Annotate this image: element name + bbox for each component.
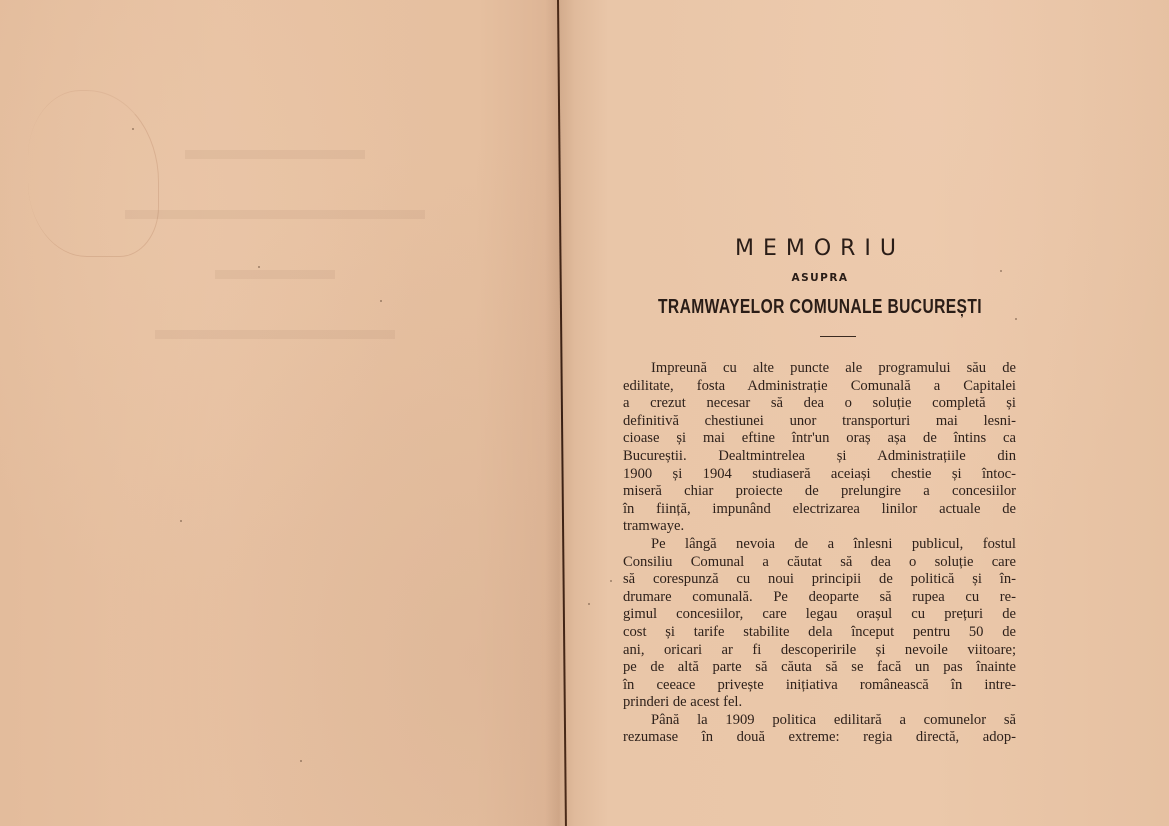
document-main-title: TRAMWAYELOR COMUNALE BUCUREȘTI (648, 296, 991, 319)
text-line: ani, oricari ar fi descoperirile și nevo… (623, 642, 1016, 660)
text-line: în ființă, impunând electrizarea linilor… (623, 501, 1016, 519)
text-line: definitivă chestiunei unor transporturi … (623, 413, 1016, 431)
paper-speck (300, 760, 302, 762)
text-line: cost și tarife stabilite dela început pe… (623, 624, 1016, 642)
text-line: tramwaye. (623, 518, 1016, 536)
text-line: să corespunză cu noui principii de polit… (623, 571, 1016, 589)
text-line: gimul concesiilor, care legau orașul cu … (623, 606, 1016, 624)
body-text: Impreună cu alte puncte ale programului … (623, 360, 1016, 747)
paper-speck (180, 520, 182, 522)
text-line: miseră chiar proiecte de prelungire a co… (623, 483, 1016, 501)
text-line: prinderi de acest fel. (623, 694, 1016, 712)
text-line: cioase și mai eftine într'un oraș așa de… (623, 430, 1016, 448)
text-line: Pe lângă nevoia de a înlesni publicul, f… (623, 536, 1016, 554)
paper-speck (258, 266, 260, 268)
text-line: în ceeace privește inițiativa românească… (623, 677, 1016, 695)
text-line: drumare comunală. Pe deoparte să rupea c… (623, 589, 1016, 607)
text-line: Până la 1909 politica edilitară a comune… (623, 712, 1016, 730)
document-subtitle: ASUPRA (600, 272, 1040, 284)
text-line: Consiliu Comunal a căutat să dea o soluț… (623, 554, 1016, 572)
book-spread: ▬▬▬▬▬▬▬▬▬▬▬▬▬▬▬▬▬▬▬▬▬▬▬▬▬▬▬▬ MEMORIU ASU… (0, 0, 1169, 826)
text-line: pe de altă parte să căuta să se facă un … (623, 659, 1016, 677)
paper-speck (610, 580, 612, 582)
text-line: Impreună cu alte puncte ale programului … (623, 360, 1016, 378)
text-line: edilitate, fosta Administrație Comunală … (623, 378, 1016, 396)
paper-speck (132, 128, 134, 130)
text-line: rezumase în două extreme: regia directă,… (623, 729, 1016, 747)
text-line: 1900 și 1904 studiaseră aceiași chestie … (623, 466, 1016, 484)
document-title: MEMORIU (600, 236, 1040, 261)
paper-speck (1015, 318, 1017, 320)
text-line: Bucureștii. Dealtmintrelea și Administra… (623, 448, 1016, 466)
paper-speck (588, 603, 590, 605)
show-through-text: ▬▬▬▬▬▬▬▬▬▬▬▬▬▬▬▬▬▬▬▬▬▬▬▬▬▬▬▬ (95, 120, 455, 350)
text-line: a crezut necesar să dea o soluție comple… (623, 395, 1016, 413)
title-divider (820, 336, 856, 337)
paper-speck (380, 300, 382, 302)
left-page: ▬▬▬▬▬▬▬▬▬▬▬▬▬▬▬▬▬▬▬▬▬▬▬▬▬▬▬▬ (0, 0, 560, 826)
